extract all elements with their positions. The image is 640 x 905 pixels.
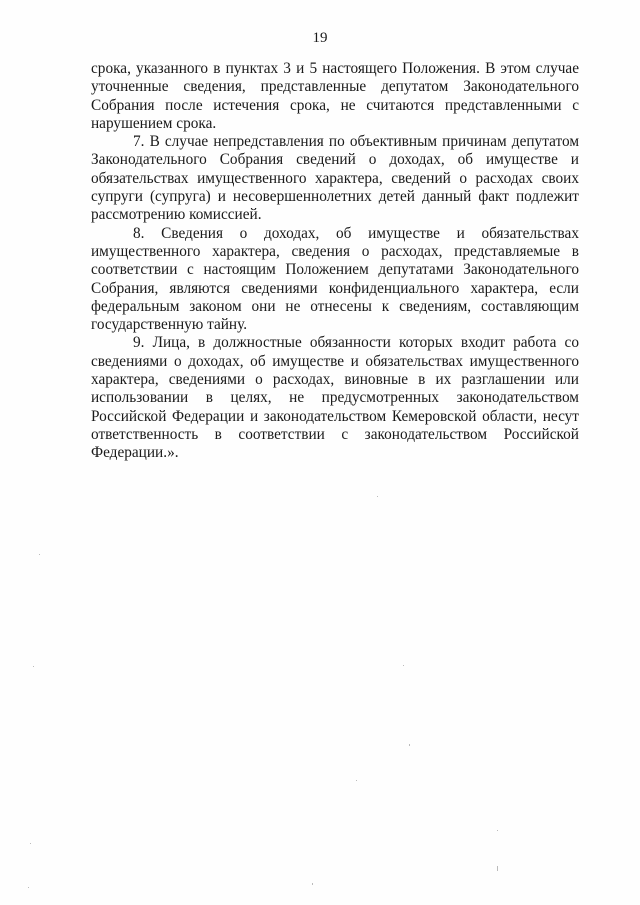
scan-speck (28, 887, 29, 888)
scan-speck (409, 744, 410, 746)
scan-speck (312, 883, 313, 885)
paragraph-item-9: 9. Лица, в должностные обязанности котор… (91, 334, 579, 462)
scan-speck (33, 666, 34, 667)
scan-speck (30, 843, 31, 844)
paragraph-item-8: 8. Сведения о доходах, об имуществе и об… (91, 225, 579, 335)
scan-speck (356, 780, 357, 781)
paragraph-item-7: 7. В случае непредставления по объективн… (91, 133, 579, 224)
page-number: 19 (0, 30, 640, 47)
document-body: срока, указанного в пунктах 3 и 5 настоя… (91, 60, 579, 463)
document-page: 19 срока, указанного в пунктах 3 и 5 нас… (0, 0, 640, 905)
scan-speck (39, 554, 40, 555)
scan-speck (497, 830, 498, 831)
paragraph-continuation: срока, указанного в пунктах 3 и 5 настоя… (91, 60, 579, 133)
scan-speck (403, 665, 404, 666)
scan-speck (497, 866, 498, 871)
scan-speck (377, 496, 378, 497)
